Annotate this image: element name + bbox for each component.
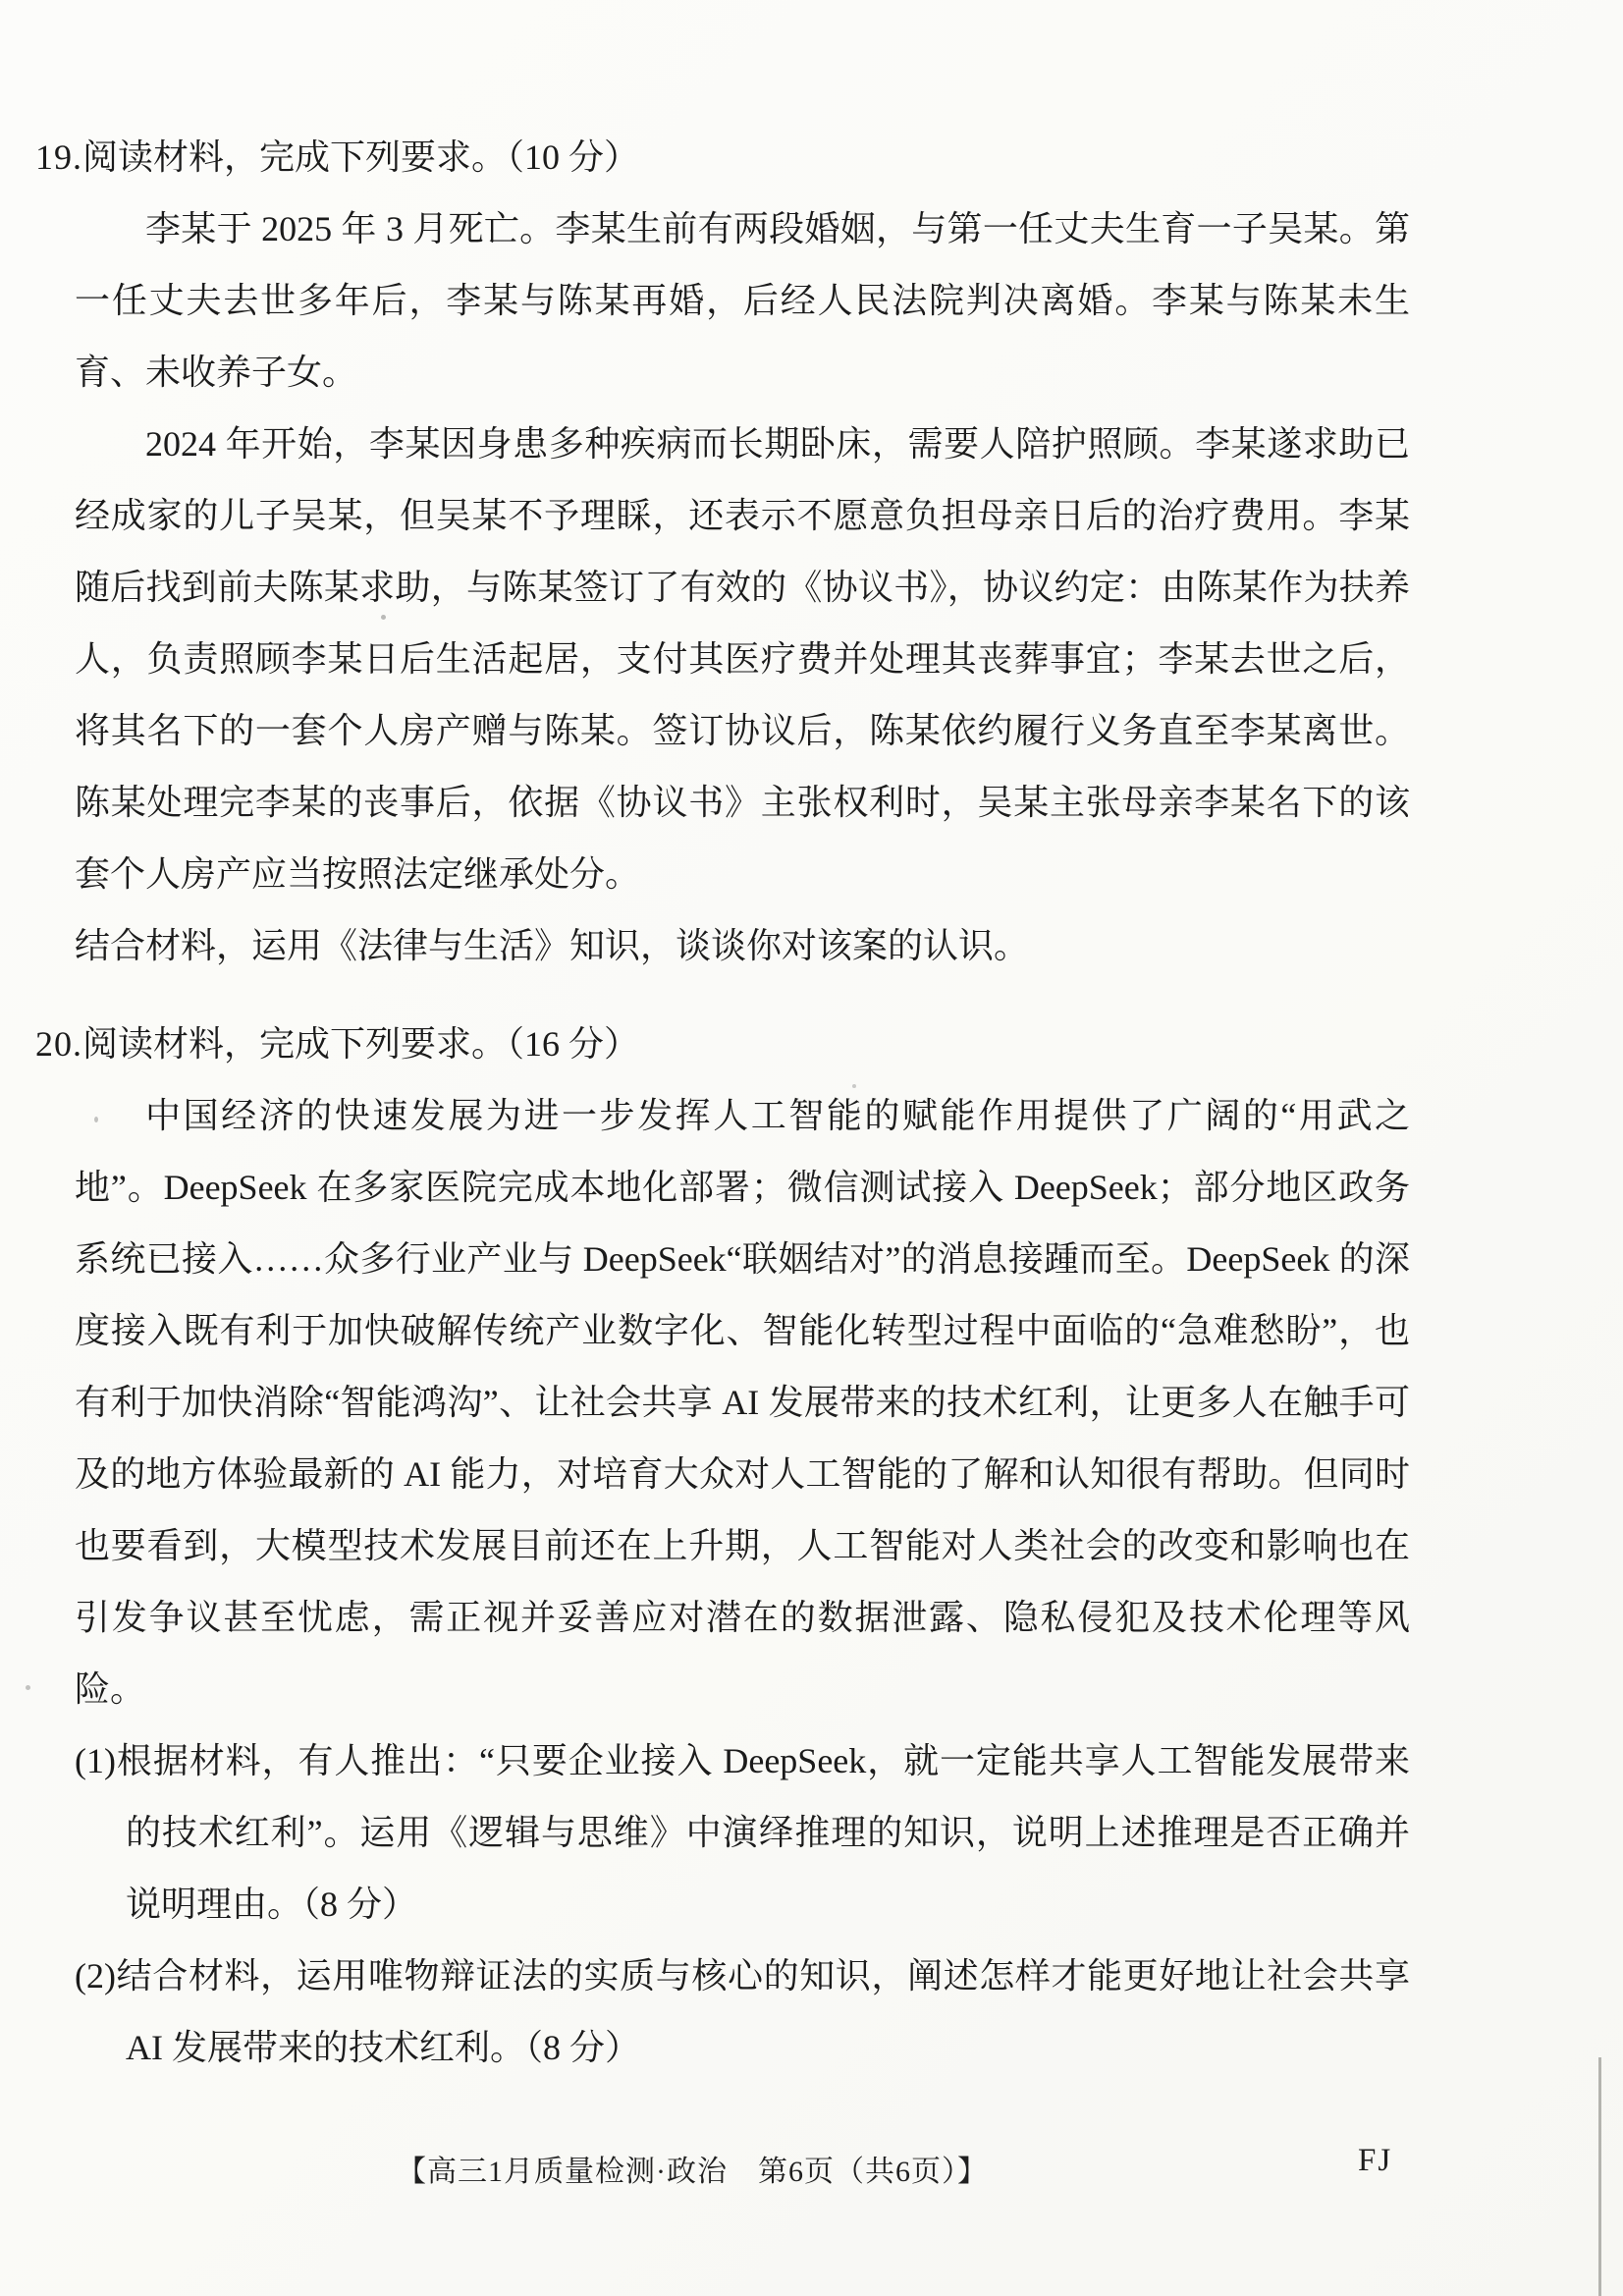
question-19-heading: 19.阅读材料，完成下列要求。（10 分）	[35, 122, 1410, 193]
footer-title: 【高三1月质量检测·政治 第6页（共6页）】	[397, 2147, 988, 2190]
subquestion-1-label: (1)	[75, 1741, 116, 1780]
question-20-subquestion-1: (1)根据材料，有人推出：“只要企业接入 DeepSeek，就一定能共享人工智能…	[75, 1725, 1410, 1941]
question-19-paragraph-2: 2024 年开始，李某因身患多种疾病而长期卧床，需要人陪护照顾。李某遂求助已经成…	[75, 409, 1410, 910]
question-19-number: 19.	[35, 137, 82, 177]
question-19-heading-text: 阅读材料，完成下列要求。（10 分）	[82, 137, 639, 177]
question-20-block: 20.阅读材料，完成下列要求。（16 分） 中国经济的快速发展为进一步发挥人工智…	[35, 1009, 1410, 2084]
question-20-heading-text: 阅读材料，完成下列要求。（16 分）	[82, 1024, 639, 1064]
scan-speck	[852, 1084, 856, 1088]
scan-speck	[26, 1685, 30, 1690]
question-19-paragraph-1: 李某于 2025 年 3 月死亡。李某生前有两段婚姻，与第一任丈夫生育一子吴某。…	[75, 193, 1410, 409]
footer-code: FJ	[1358, 2143, 1392, 2179]
subquestion-2-label: (2)	[75, 1956, 116, 1995]
subquestion-1-text: 根据材料，有人推出：“只要企业接入 DeepSeek，就一定能共享人工智能发展带…	[116, 1741, 1410, 1924]
question-19-block: 19.阅读材料，完成下列要求。（10 分） 李某于 2025 年 3 月死亡。李…	[35, 122, 1410, 982]
question-20-paragraph-1: 中国经济的快速发展为进一步发挥人工智能的赋能作用提供了广阔的“用武之地”。Dee…	[75, 1080, 1410, 1725]
scan-speck	[94, 1117, 98, 1122]
scan-edge-line	[1598, 2057, 1601, 2296]
question-20-subquestion-2: (2)结合材料，运用唯物辩证法的实质与核心的知识，阐述怎样才能更好地让社会共享 …	[75, 1941, 1410, 2084]
subquestion-2-text: 结合材料，运用唯物辩证法的实质与核心的知识，阐述怎样才能更好地让社会共享 AI …	[116, 1956, 1410, 2067]
page-footer: 【高三1月质量检测·政治 第6页（共6页）】 FJ	[0, 2147, 1623, 2186]
question-20-number: 20.	[35, 1024, 82, 1064]
question-20-heading: 20.阅读材料，完成下列要求。（16 分）	[35, 1009, 1410, 1080]
scan-speck	[381, 615, 386, 620]
question-19-task-line: 结合材料，运用《法律与生活》知识，谈谈你对该案的认识。	[75, 910, 1410, 982]
document-page: 19.阅读材料，完成下列要求。（10 分） 李某于 2025 年 3 月死亡。李…	[0, 0, 1623, 2296]
